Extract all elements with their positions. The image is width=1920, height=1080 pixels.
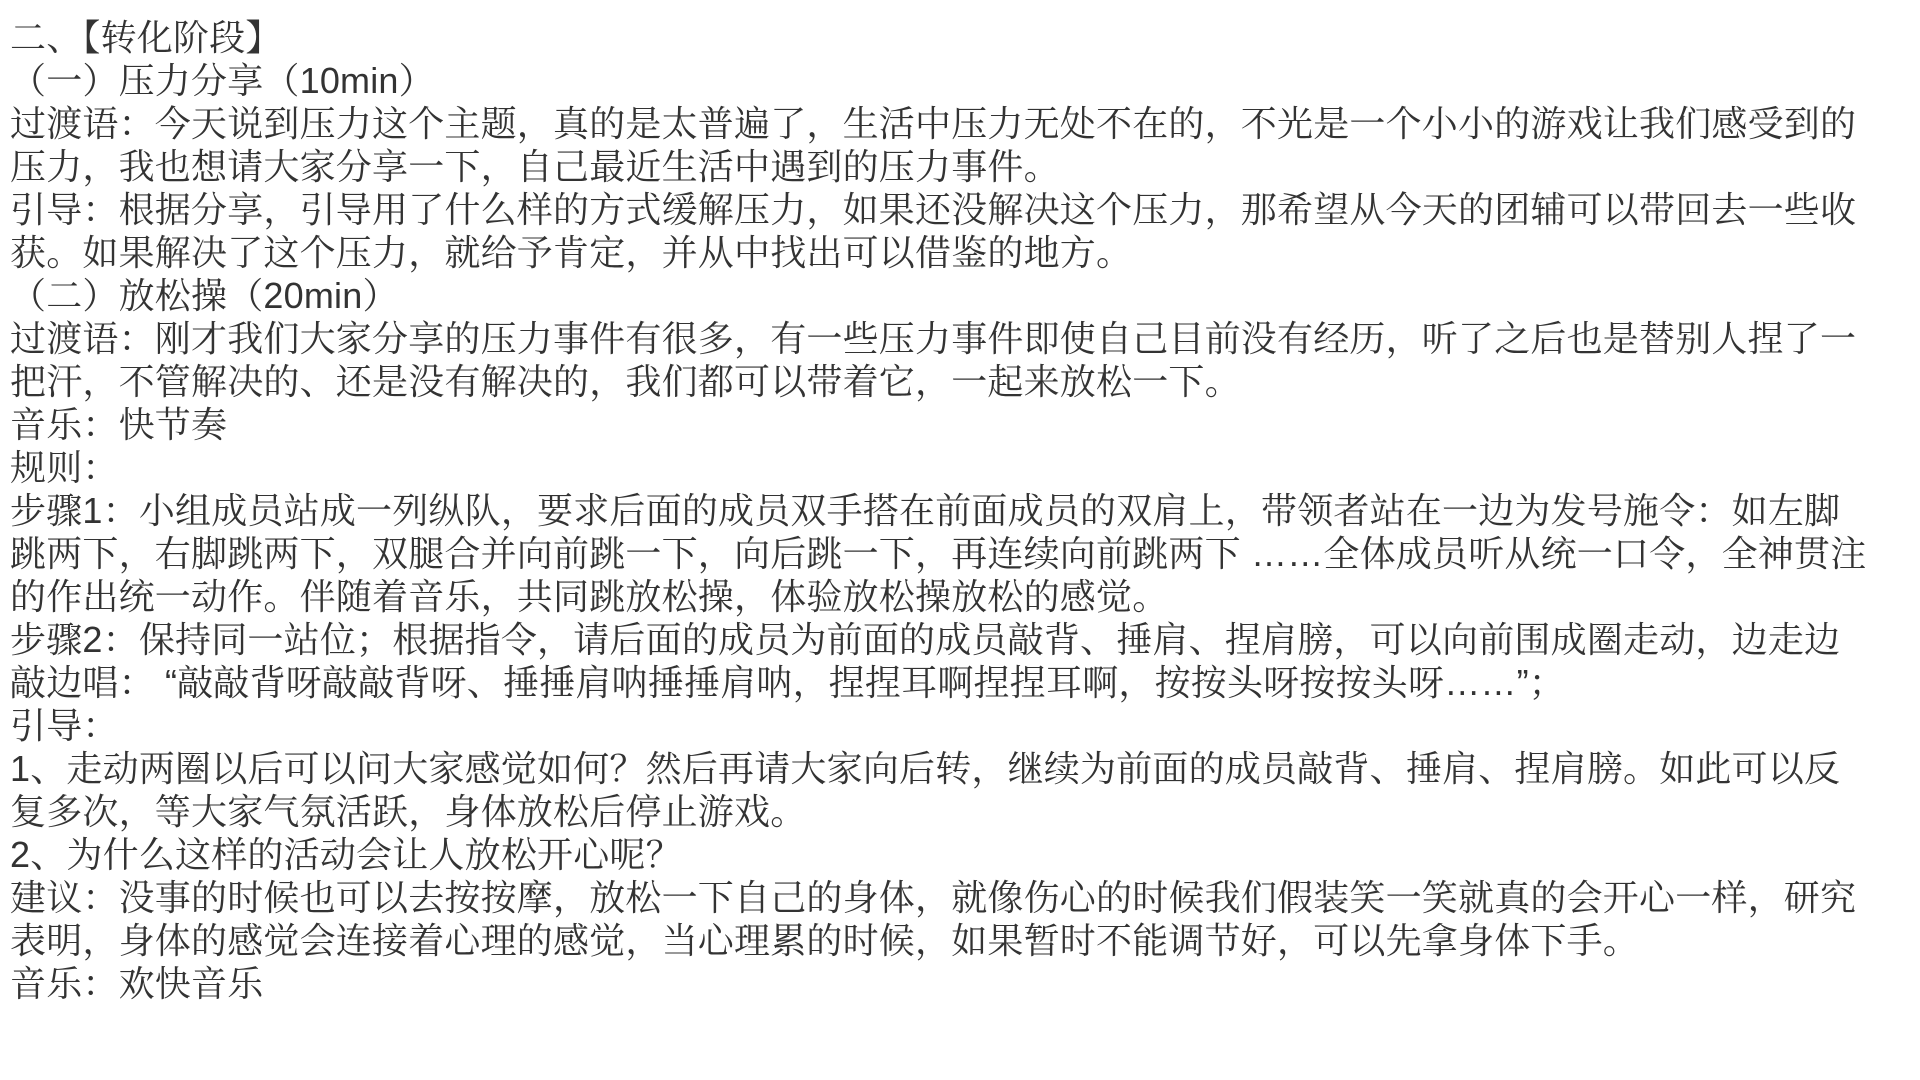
text-line: 规则： <box>10 446 1910 489</box>
text-line: （一）压力分享（10min） <box>10 59 1910 102</box>
text-line: 敲边唱： “敲敲背呀敲敲背呀、捶捶肩呐捶捶肩呐，捏捏耳啊捏捏耳啊，按按头呀按按头… <box>10 661 1910 704</box>
lesson-plan-document: 二、【转化阶段】（一）压力分享（10min）过渡语：今天说到压力这个主题，真的是… <box>0 0 1920 1080</box>
text-line: 引导： <box>10 704 1910 747</box>
text-line: 的作出统一动作。伴随着音乐，共同跳放松操，体验放松操放松的感觉。 <box>10 575 1910 618</box>
text-line: 表明，身体的感觉会连接着心理的感觉，当心理累的时候，如果暂时不能调节好，可以先拿… <box>10 919 1910 962</box>
text-line: 音乐：快节奏 <box>10 403 1910 446</box>
text-line: 步骤1：小组成员站成一列纵队，要求后面的成员双手搭在前面成员的双肩上，带领者站在… <box>10 489 1910 532</box>
text-line: 过渡语：今天说到压力这个主题，真的是太普遍了，生活中压力无处不在的，不光是一个小… <box>10 102 1910 145</box>
text-line: 获。如果解决了这个压力，就给予肯定，并从中找出可以借鉴的地方。 <box>10 231 1910 274</box>
text-line: 把汗，不管解决的、还是没有解决的，我们都可以带着它，一起来放松一下。 <box>10 360 1910 403</box>
document-lines: 二、【转化阶段】（一）压力分享（10min）过渡语：今天说到压力这个主题，真的是… <box>10 16 1910 1005</box>
text-line: 建议：没事的时候也可以去按按摩，放松一下自己的身体，就像伤心的时候我们假装笑一笑… <box>10 876 1910 919</box>
text-line: 引导：根据分享，引导用了什么样的方式缓解压力，如果还没解决这个压力，那希望从今天… <box>10 188 1910 231</box>
text-line: 过渡语：刚才我们大家分享的压力事件有很多，有一些压力事件即使自己目前没有经历，听… <box>10 317 1910 360</box>
text-line: 音乐：欢快音乐 <box>10 962 1910 1005</box>
text-line: 1、走动两圈以后可以问大家感觉如何？然后再请大家向后转，继续为前面的成员敲背、捶… <box>10 747 1910 790</box>
text-line: 跳两下，右脚跳两下，双腿合并向前跳一下，向后跳一下，再连续向前跳两下 ……全体成… <box>10 532 1910 575</box>
text-line: （二）放松操（20min） <box>10 274 1910 317</box>
text-line: 步骤2：保持同一站位；根据指令，请后面的成员为前面的成员敲背、捶肩、捏肩膀，可以… <box>10 618 1910 661</box>
text-line: 压力，我也想请大家分享一下，自己最近生活中遇到的压力事件。 <box>10 145 1910 188</box>
text-line: 2、为什么这样的活动会让人放松开心呢？ <box>10 833 1910 876</box>
text-line: 复多次，等大家气氛活跃，身体放松后停止游戏。 <box>10 790 1910 833</box>
text-line: 二、【转化阶段】 <box>10 16 1910 59</box>
